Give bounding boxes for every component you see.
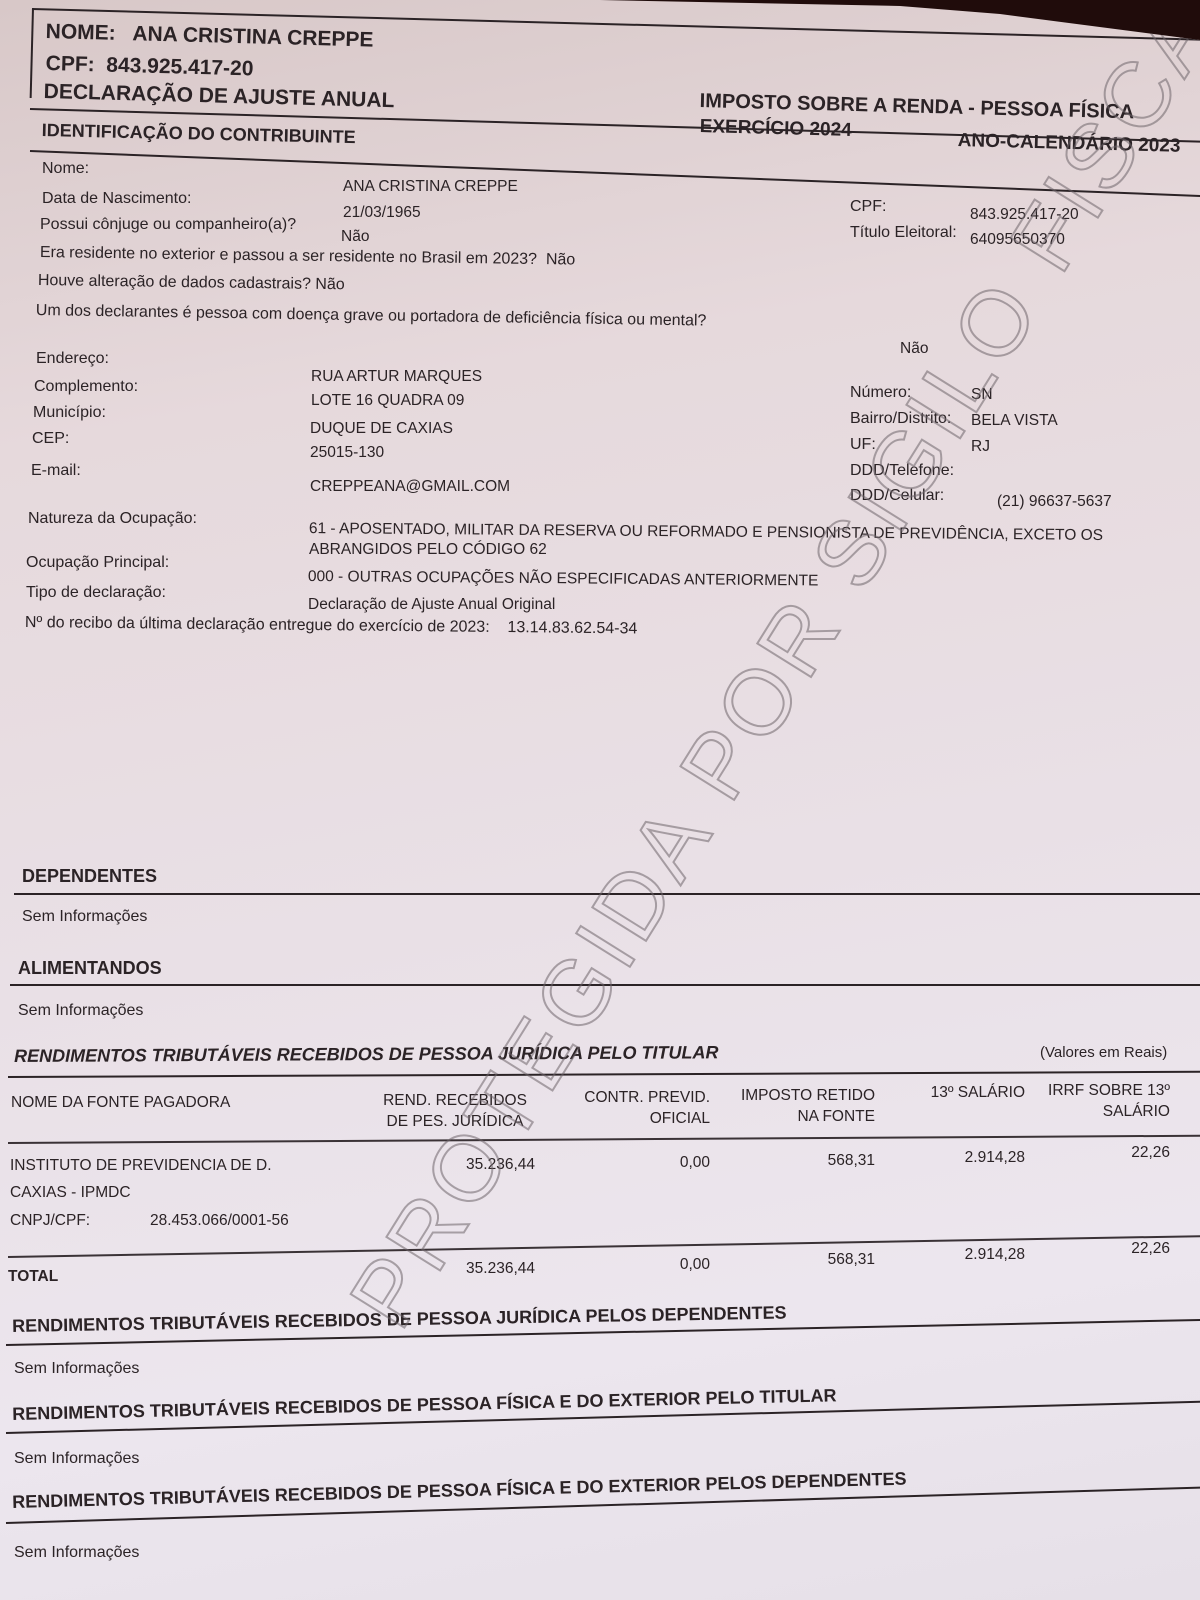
document-page: NOME: ANA CRISTINA CREPPE CPF: 843.925.4… xyxy=(0,0,1200,1600)
col-header-contr-previd: CONTR. PREVID. OFICIAL xyxy=(560,1087,710,1129)
complemento-label: Complemento: xyxy=(34,378,138,396)
rend-pj-dependentes-empty: Sem Informações xyxy=(14,1360,139,1378)
telefone-label: DDD/Telefone: xyxy=(850,462,954,480)
nascimento-value: 21/03/1965 xyxy=(343,204,421,222)
titulo-value: 64095650370 xyxy=(970,231,1065,249)
celular-label: DDD/Celular: xyxy=(850,487,944,505)
endereco-label: Endereço: xyxy=(36,350,109,368)
conjuge-value: Não xyxy=(341,228,369,246)
rend-pf-titular-empty: Sem Informações xyxy=(14,1450,139,1468)
col-header-irrf-13: IRRF SOBRE 13º SALÁRIO xyxy=(1030,1080,1170,1122)
residente-question: Era residente no exterior e passou a ser… xyxy=(40,244,576,269)
rend-pj-titular-divider xyxy=(8,1071,1200,1078)
col-header-13-salario: 13º SALÁRIO xyxy=(920,1082,1025,1103)
total-imposto-retido: 568,31 xyxy=(760,1251,875,1269)
bairro-value: BELA VISTA xyxy=(971,412,1058,430)
cell-contr-previd: 0,00 xyxy=(600,1154,710,1172)
header-cpf-label: CPF: xyxy=(45,52,95,76)
email-label: E-mail: xyxy=(31,462,81,480)
rend-pf-dependentes-empty: Sem Informações xyxy=(14,1544,139,1562)
col-header-contr-previd-line1: CONTR. PREVID. xyxy=(560,1087,710,1108)
uf-value: RJ xyxy=(971,438,990,456)
dependentes-empty: Sem Informações xyxy=(22,908,147,926)
section-title-rend-pf-dependentes: RENDIMENTOS TRIBUTÁVEIS RECEBIDOS DE PES… xyxy=(12,1469,907,1513)
col-header-rend-recebidos: REND. RECEBIDOS DE PES. JURÍDICA xyxy=(370,1090,540,1132)
col-header-rend-recebidos-line1: REND. RECEBIDOS xyxy=(370,1090,540,1111)
doenca-label: Um dos declarantes é pessoa com doença g… xyxy=(36,302,707,331)
natureza-value-line2: ABRANGIDOS PELO CÓDIGO 62 xyxy=(309,541,547,559)
section-title-identificacao: IDENTIFICAÇÃO DO CONTRIBUINTE xyxy=(42,120,356,148)
cell-imposto-retido: 568,31 xyxy=(760,1152,875,1170)
celular-value: (21) 96637-5637 xyxy=(997,493,1112,511)
section-title-alimentandos: ALIMENTANDOS xyxy=(18,958,162,979)
col-header-imposto-retido-line1: IMPOSTO RETIDO xyxy=(725,1085,875,1106)
nascimento-label: Data de Nascimento: xyxy=(42,190,191,208)
col-header-contr-previd-line2: OFICIAL xyxy=(560,1108,710,1129)
total-rend-recebidos: 35.236,44 xyxy=(400,1260,535,1278)
cnpj-value: 28.453.066/0001-56 xyxy=(150,1212,289,1230)
total-irrf-13: 22,26 xyxy=(1060,1240,1170,1258)
natureza-label: Natureza da Ocupação: xyxy=(28,510,197,528)
exercicio: EXERCÍCIO 2024 xyxy=(699,116,852,142)
doenca-value: Não xyxy=(900,340,928,358)
cnpj-label: CNPJ/CPF: xyxy=(10,1212,90,1230)
titulo-label: Título Eleitoral: xyxy=(850,224,957,242)
total-label: TOTAL xyxy=(8,1268,58,1286)
cell-irrf-13: 22,26 xyxy=(1060,1144,1170,1162)
header-cpf-value: 843.925.417-20 xyxy=(106,54,254,81)
tipo-label: Tipo de declaração: xyxy=(26,584,166,602)
alimentandos-divider xyxy=(10,984,1200,986)
conjuge-label: Possui cônjuge ou companheiro(a)? xyxy=(40,216,296,234)
residente-label: Era residente no exterior e passou a ser… xyxy=(40,244,537,268)
alteracao-label: Houve alteração de dados cadastrais? xyxy=(38,272,311,293)
alteracao-question: Houve alteração de dados cadastrais? Não xyxy=(38,272,345,294)
fonte-name-line2: CAXIAS - IPMDC xyxy=(10,1184,131,1202)
cpf-label: CPF: xyxy=(850,198,886,216)
email-value: CREPPEANA@GMAIL.COM xyxy=(310,478,510,496)
cep-label: CEP: xyxy=(32,430,69,448)
dependentes-divider xyxy=(14,893,1200,895)
bairro-label: Bairro/Distrito: xyxy=(850,410,951,428)
municipio-value: DUQUE DE CAXIAS xyxy=(310,420,453,438)
col-header-rend-recebidos-line2: DE PES. JURÍDICA xyxy=(370,1111,540,1132)
alimentandos-empty: Sem Informações xyxy=(18,1002,143,1020)
col-header-imposto-retido-line2: NA FONTE xyxy=(725,1106,875,1127)
numero-label: Número: xyxy=(850,384,911,402)
ocupacao-label: Ocupação Principal: xyxy=(26,554,169,572)
ano-calendario: ANO-CALENDÁRIO 2023 xyxy=(957,130,1180,158)
numero-value: SN xyxy=(971,386,993,404)
col-header-imposto-retido: IMPOSTO RETIDO NA FONTE xyxy=(725,1085,875,1127)
nome-value: ANA CRISTINA CREPPE xyxy=(343,178,518,196)
total-contr-previd: 0,00 xyxy=(600,1256,710,1274)
unit-note: (Valores em Reais) xyxy=(1040,1044,1167,1061)
total-13-salario: 2.914,28 xyxy=(910,1246,1025,1264)
ocupacao-value: 000 - OUTRAS OCUPAÇÕES NÃO ESPECIFICADAS… xyxy=(308,568,819,590)
col-header-irrf-13-line1: IRRF SOBRE 13º xyxy=(1030,1080,1170,1101)
alteracao-value: Não xyxy=(315,276,345,293)
table-header-divider xyxy=(8,1135,1200,1144)
recibo-label: Nº do recibo da última declaração entreg… xyxy=(25,614,490,636)
recibo-value: 13.14.83.62.54-34 xyxy=(507,619,637,637)
section-title-rend-pj-titular: RENDIMENTOS TRIBUTÁVEIS RECEBIDOS DE PES… xyxy=(14,1042,719,1067)
cpf-value: 843.925.417-20 xyxy=(970,206,1079,224)
identificacao-divider xyxy=(30,150,1200,198)
nome-label: Nome: xyxy=(42,160,89,178)
cep-value: 25015-130 xyxy=(310,444,384,462)
endereco-value: RUA ARTUR MARQUES xyxy=(311,368,482,386)
col-header-fonte: NOME DA FONTE PAGADORA xyxy=(11,1092,230,1113)
col-header-irrf-13-line2: SALÁRIO xyxy=(1030,1101,1170,1122)
section-title-dependentes: DEPENDENTES xyxy=(22,866,157,887)
header-name-label: NOME: xyxy=(45,20,116,45)
fonte-name-line1: INSTITUTO DE PREVIDENCIA DE D. xyxy=(10,1157,272,1175)
complemento-value: LOTE 16 QUADRA 09 xyxy=(311,392,464,410)
cell-13-salario: 2.914,28 xyxy=(910,1149,1025,1167)
section-title-rend-pf-titular: RENDIMENTOS TRIBUTÁVEIS RECEBIDOS DE PES… xyxy=(12,1385,837,1425)
tipo-value: Declaração de Ajuste Anual Original xyxy=(308,596,555,614)
municipio-label: Município: xyxy=(33,404,106,422)
cell-rend-recebidos: 35.236,44 xyxy=(400,1156,535,1174)
header-name-value: ANA CRISTINA CREPPE xyxy=(132,22,374,51)
residente-value: Não xyxy=(546,251,576,268)
recibo-row: Nº do recibo da última declaração entreg… xyxy=(25,614,638,638)
uf-label: UF: xyxy=(850,436,876,454)
